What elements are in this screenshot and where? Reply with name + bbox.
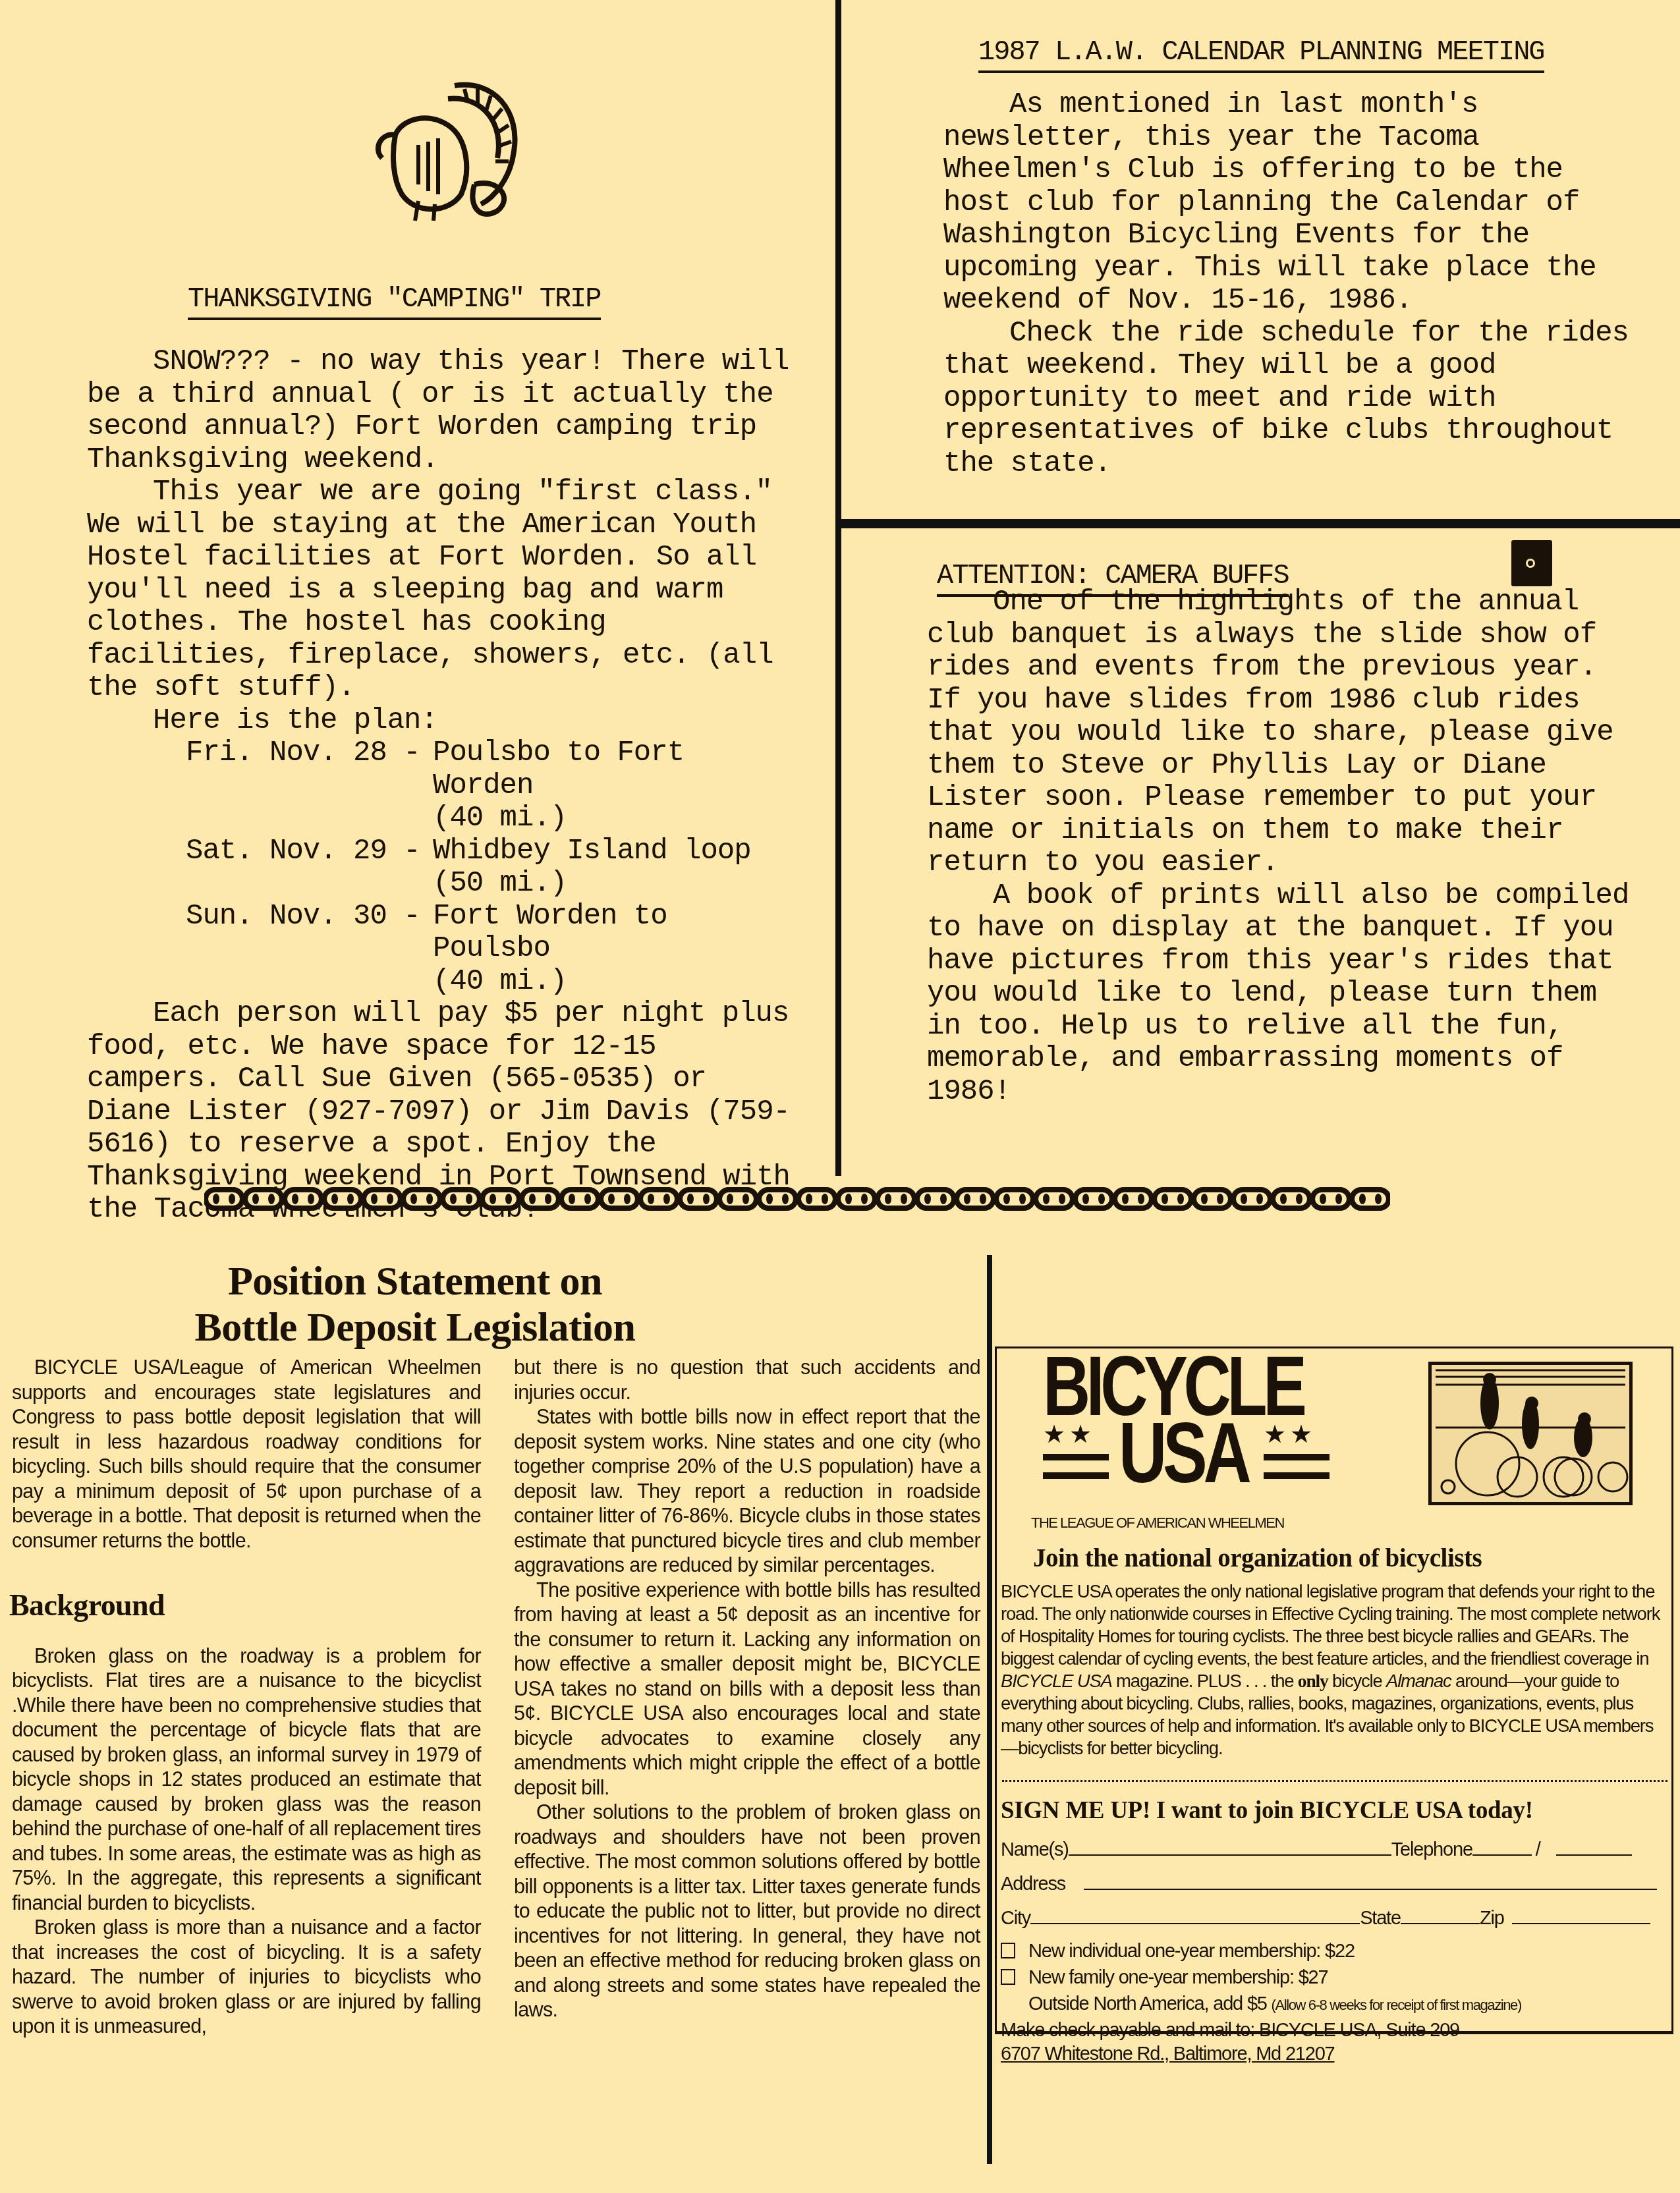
outside-north-america-note: Outside North America, add $5 (Allow 6-8… — [1001, 1991, 1669, 2018]
camera-icon — [1511, 540, 1552, 586]
thanksgiving-article: SNOW??? - no way this year! There will b… — [87, 346, 792, 1227]
column-2-continuation: but there is no question that such accid… — [514, 1356, 980, 1405]
turkey-icon — [356, 72, 527, 224]
schedule-route: Poulsbo to Fort Worden(40 mi.) — [433, 737, 792, 835]
name-row: Name(s)Telephone/ — [1001, 1833, 1669, 1867]
mailing-address: 6707 Whitestone Rd., Baltimore, Md 21207 — [1001, 2042, 1669, 2066]
schedule-row: Sat. Nov. 29 - Whidbey Island loop(50 mi… — [186, 835, 792, 901]
bicycle-chain-divider — [204, 1186, 1390, 1212]
camera-buffs-paragraph-1: One of the highlights of the annual club… — [927, 586, 1632, 880]
mailing-instructions: Make check payable and mail to: BICYCLE … — [1001, 2018, 1669, 2042]
logo-usa: USA — [1119, 1416, 1247, 1489]
position-intro: BICYCLE USA/League of American Wheelmen … — [12, 1356, 481, 1553]
address-row: Address — [1001, 1867, 1669, 1901]
schedule-route: Fort Worden to Poulsbo(40 mi.) — [433, 901, 792, 999]
position-statement-title: Position Statement on Bottle Deposit Leg… — [119, 1258, 712, 1350]
law-meeting-article: As mentioned in last month's newsletter,… — [943, 89, 1629, 480]
city-field[interactable] — [1030, 1907, 1360, 1924]
individual-membership-checkbox[interactable] — [1001, 1943, 1015, 1958]
schedule-day: Sat. Nov. 29 - — [186, 835, 433, 901]
thanksgiving-title: THANKSGIVING "CAMPING" TRIP — [188, 283, 601, 320]
background-paragraph-1: Broken glass on the roadway is a problem… — [12, 1644, 481, 1916]
chain-icon — [204, 1186, 1390, 1212]
schedule-route: Whidbey Island loop(50 mi.) — [433, 835, 751, 901]
signup-form: Name(s)Telephone/ Address CityStateZip N… — [1001, 1833, 1669, 2066]
signup-heading: SIGN ME UP! I want to join BICYCLE USA t… — [1001, 1796, 1533, 1825]
logo-subtitle: THE LEAGUE OF AMERICAN WHEELMEN — [1031, 1514, 1284, 1532]
plan-intro: Here is the plan: — [87, 705, 792, 738]
ad-headline: Join the national organization of bicycl… — [1033, 1543, 1482, 1573]
city-row: CityStateZip — [1001, 1901, 1669, 1935]
column-2-paragraph-1: States with bottle bills now in effect r… — [514, 1405, 980, 1578]
camera-buffs-article: One of the highlights of the annual club… — [927, 586, 1632, 1108]
turkey-illustration — [356, 72, 527, 224]
ride-schedule: Fri. Nov. 28 - Poulsbo to Fort Worden(40… — [87, 737, 792, 998]
law-meeting-title: 1987 L.A.W. CALENDAR PLANNING MEETING — [978, 36, 1544, 73]
telephone-area-field[interactable] — [1472, 1839, 1532, 1856]
column-divider-bottom — [987, 1255, 992, 2164]
thanksgiving-paragraph-1: SNOW??? - no way this year! There will b… — [87, 346, 792, 476]
background-paragraph-2: Broken glass is more than a nuisance and… — [12, 1916, 481, 2040]
state-field[interactable] — [1401, 1907, 1480, 1924]
bicycle-usa-ad: BICYCLE ★★ USA ★★ THE LEAGUE OF AMERICAN… — [995, 1346, 1673, 2034]
logo-usa-row: ★★ USA ★★ — [1043, 1416, 1333, 1495]
schedule-day: Sun. Nov. 30 - — [186, 901, 433, 999]
three-cyclists-illustration — [1428, 1362, 1633, 1505]
address-field[interactable] — [1084, 1873, 1657, 1890]
membership-option-family[interactable]: New family one-year membership: $27 — [1001, 1964, 1669, 1991]
column-2-paragraph-3: Other solutions to the problem of broken… — [514, 1800, 980, 2023]
background-heading: Background — [9, 1593, 481, 1618]
ad-body: BICYCLE USA operates the only national l… — [1001, 1580, 1666, 1760]
name-field[interactable] — [1069, 1839, 1391, 1856]
family-membership-checkbox[interactable] — [1001, 1969, 1015, 1985]
star-icon: ★★ — [1264, 1421, 1330, 1447]
schedule-day: Fri. Nov. 28 - — [186, 737, 433, 835]
law-meeting-paragraph-2: Check the ride schedule for the rides th… — [943, 318, 1629, 481]
position-column-2: but there is no question that such accid… — [514, 1356, 980, 2023]
membership-option-individual[interactable]: New individual one-year membership: $22 — [1001, 1938, 1669, 1964]
column-2-paragraph-2: The positive experience with bottle bill… — [514, 1578, 980, 1801]
zip-field[interactable] — [1512, 1907, 1650, 1924]
camera-buffs-paragraph-2: A book of prints will also be compiled t… — [927, 880, 1632, 1109]
cut-line — [1002, 1780, 1667, 1782]
position-column-1: BICYCLE USA/League of American Wheelmen … — [12, 1356, 481, 2040]
cyclists-icon — [1432, 1365, 1629, 1502]
bicycle-usa-logo: BICYCLE ★★ USA ★★ — [1043, 1350, 1333, 1501]
star-icon: ★★ — [1043, 1421, 1109, 1447]
column-divider-top — [835, 0, 841, 1176]
schedule-row: Sun. Nov. 30 - Fort Worden to Poulsbo(40… — [186, 901, 792, 999]
thanksgiving-paragraph-2: This year we are going "first class." We… — [87, 476, 792, 705]
section-divider — [840, 519, 1680, 528]
schedule-row: Fri. Nov. 28 - Poulsbo to Fort Worden(40… — [186, 737, 792, 835]
law-meeting-paragraph-1: As mentioned in last month's newsletter,… — [943, 89, 1629, 318]
telephone-number-field[interactable] — [1556, 1839, 1632, 1856]
